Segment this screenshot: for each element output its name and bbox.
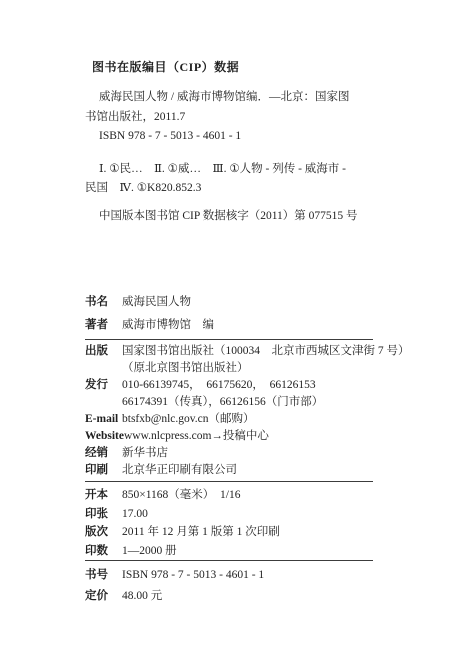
format-label: 开本 — [85, 486, 122, 505]
print-run-value: 1—2000 册 — [122, 542, 400, 561]
colophon-row-title: 书名 威海民国人物 — [85, 291, 400, 314]
colophon-row-price: 定价 48.00 元 — [85, 586, 400, 607]
format-value: 850×1168（毫米） 1/16 — [122, 486, 400, 505]
cip-isbn-line: ISBN 978 - 7 - 5013 - 4601 - 1 — [85, 127, 400, 147]
price-value: 48.00 元 — [122, 586, 400, 607]
book-copyright-page: 图书在版编目（CIP）数据 威海民国人物 / 威海市博物馆编．—北京：国家图 书… — [0, 0, 450, 656]
email-label: E-mail — [85, 411, 122, 428]
printer-value: 北京华正印刷有限公司 — [122, 462, 400, 479]
colophon-row-format: 开本 850×1168（毫米） 1/16 — [85, 486, 400, 505]
colophon-row-email: E-mail btsfxb@nlc.gov.cn（邮购） — [85, 411, 400, 428]
website-value: www.nlcpress.com→投稿中心 — [124, 428, 400, 445]
publisher-label: 出版 — [85, 343, 122, 360]
divider-bottom — [85, 560, 373, 561]
cip-record-number: 中国版本图书馆 CIP 数据核字（2011）第 077515 号 — [85, 207, 400, 227]
edition-value: 2011 年 12 月第 1 版第 1 次印刷 — [122, 523, 400, 542]
divider-top — [85, 339, 373, 340]
colophon-row-website: Website www.nlcpress.com→投稿中心 — [85, 428, 400, 445]
email-value: btsfxb@nlc.gov.cn（邮购） — [122, 411, 400, 428]
divider-middle — [85, 481, 373, 482]
isbn-value: ISBN 978 - 7 - 5013 - 4601 - 1 — [122, 565, 400, 586]
distribution-line1: 010-66139745， 66175620， 66126153 — [122, 377, 400, 394]
colophon-row-isbn: 书号 ISBN 978 - 7 - 5013 - 4601 - 1 — [85, 565, 400, 586]
colophon-row-distributor: 经销 新华书店 — [85, 445, 400, 462]
cip-classification-line1: Ⅰ. ①民… Ⅱ. ①威… Ⅲ. ①人物 - 列传 - 威海市 - — [85, 160, 400, 180]
distributor-value: 新华书店 — [122, 445, 400, 462]
sheets-value: 17.00 — [122, 505, 400, 524]
distributor-label: 经销 — [85, 445, 122, 462]
printer-label: 印刷 — [85, 462, 122, 479]
title-value: 威海民国人物 — [122, 291, 400, 314]
publisher-value: 国家图书馆出版社（100034 北京市西城区文津街 7 号） （原北京图书馆出版… — [122, 343, 410, 377]
distribution-line2: 66174391（传真），66126156（门市部） — [122, 394, 400, 411]
colophon-row-distribution: 发行 010-66139745， 66175620， 66126153 6617… — [85, 377, 400, 411]
publisher-line1: 国家图书馆出版社（100034 北京市西城区文津街 7 号） — [122, 343, 410, 360]
edition-label: 版次 — [85, 523, 122, 542]
colophon-row-printer: 印刷 北京华正印刷有限公司 — [85, 462, 400, 479]
title-label: 书名 — [85, 291, 122, 314]
sheets-label: 印张 — [85, 505, 122, 524]
colophon-row-print-run: 印数 1—2000 册 — [85, 542, 400, 561]
colophon-row-publisher: 出版 国家图书馆出版社（100034 北京市西城区文津街 7 号） （原北京图书… — [85, 343, 400, 377]
publisher-line2: （原北京图书馆出版社） — [122, 360, 410, 377]
distribution-label: 发行 — [85, 377, 122, 394]
colophon-table: 书名 威海民国人物 著者 威海市博物馆 编 出版 国家图书馆出版社（100034… — [85, 291, 400, 607]
cip-heading: 图书在版编目（CIP）数据 — [92, 60, 400, 75]
distribution-value: 010-66139745， 66175620， 66126153 6617439… — [122, 377, 400, 411]
colophon-row-author: 著者 威海市博物馆 编 — [85, 314, 400, 337]
cip-description-line1: 威海民国人物 / 威海市博物馆编．—北京：国家图 — [85, 88, 400, 108]
author-label: 著者 — [85, 314, 122, 337]
print-run-label: 印数 — [85, 542, 122, 561]
website-label: Website — [85, 428, 124, 445]
cip-block: 图书在版编目（CIP）数据 威海民国人物 / 威海市博物馆编．—北京：国家图 书… — [85, 60, 400, 226]
colophon-row-sheets: 印张 17.00 — [85, 505, 400, 524]
price-label: 定价 — [85, 586, 122, 607]
cip-classification-line2: 民国 Ⅳ. ①K820.852.3 — [85, 179, 400, 199]
isbn-label: 书号 — [85, 565, 122, 586]
author-value: 威海市博物馆 编 — [122, 314, 400, 337]
colophon-row-edition: 版次 2011 年 12 月第 1 版第 1 次印刷 — [85, 523, 400, 542]
cip-description-line2: 书馆出版社，2011.7 — [85, 108, 400, 128]
